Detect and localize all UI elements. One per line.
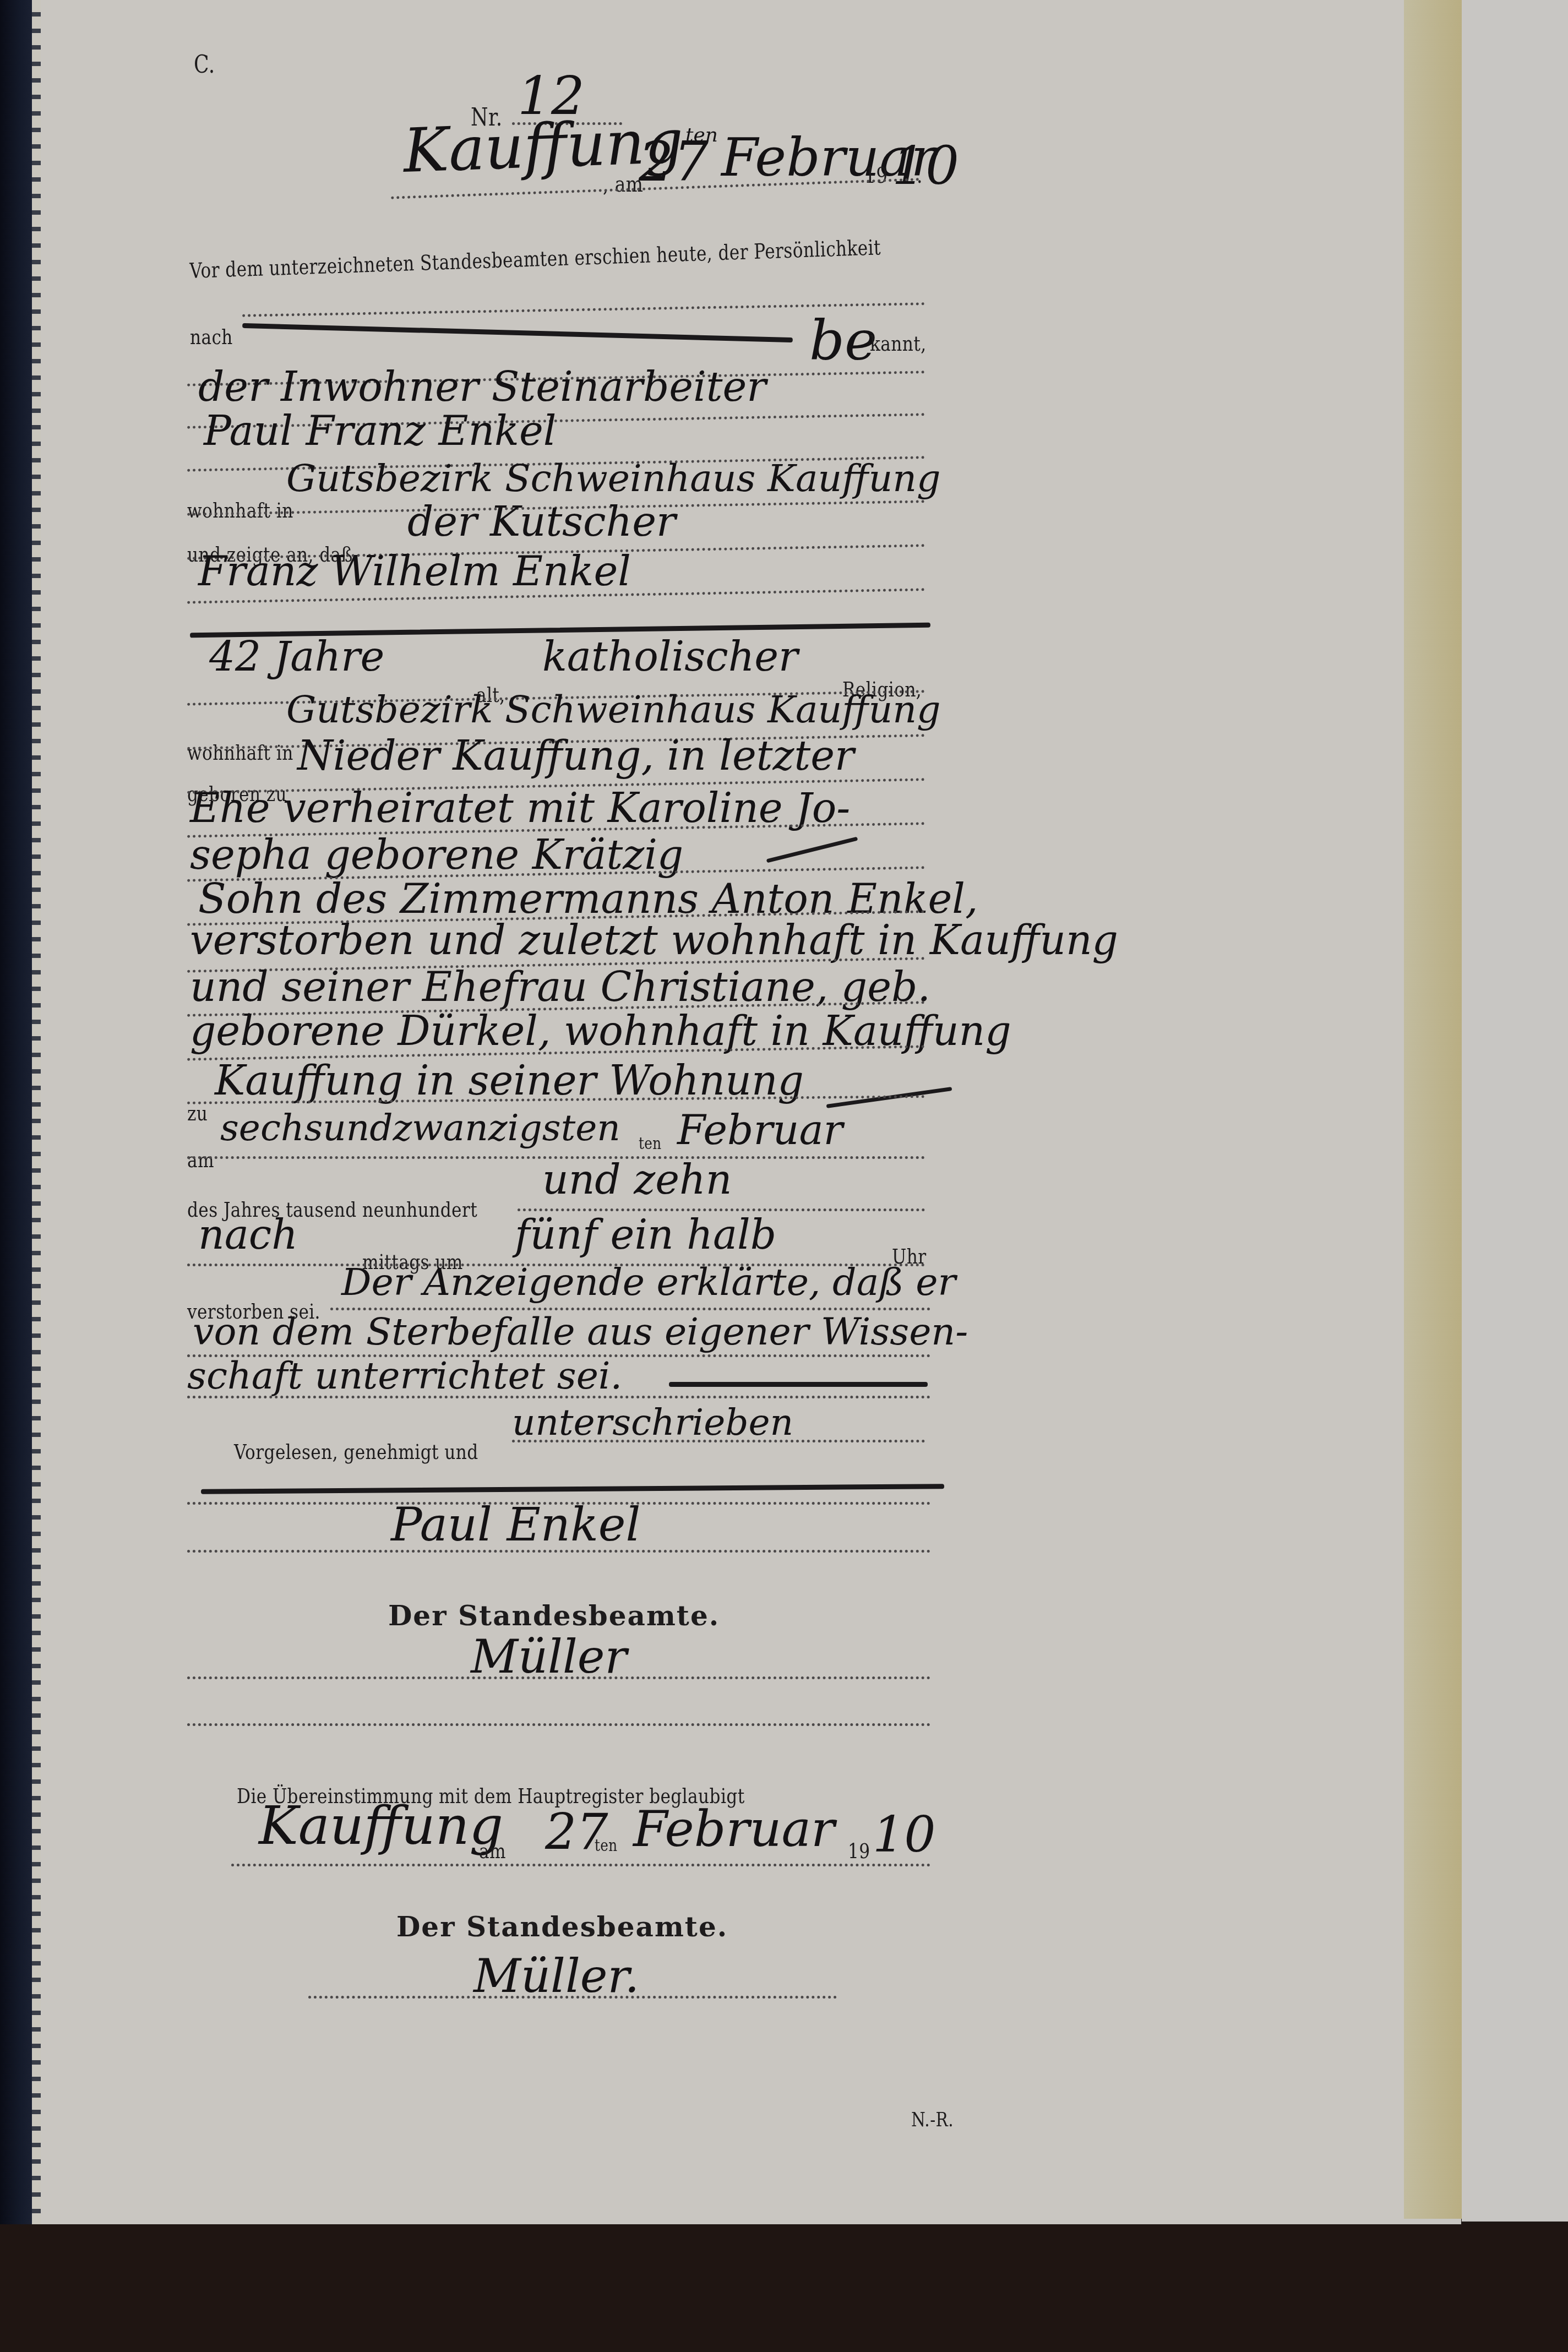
certification-month: Februar (633, 1800, 835, 1858)
year-prefix: 19 (864, 163, 888, 188)
footer-mark: N.-R. (911, 2109, 954, 2131)
line-vorgelesen (512, 1440, 925, 1442)
line-statement-3 (187, 1396, 930, 1398)
deceased-line-1: der Kutscher (407, 498, 676, 546)
bekannt-handwritten: be (809, 308, 877, 373)
am-death-label: am (187, 1148, 214, 1172)
strike-line-nach (242, 323, 793, 342)
ampm-handwritten: nach (198, 1211, 298, 1259)
certification-am-label: am (479, 1839, 506, 1863)
date-period: . (917, 163, 923, 188)
line-blank (187, 1723, 930, 1726)
year-suffix-handwritten: 10 (892, 135, 959, 197)
statement-line-2: von dem Sterbefalle aus eigener Wissen- (193, 1310, 968, 1354)
ten-label: ten (639, 1134, 662, 1153)
section-divider-2 (201, 1484, 944, 1494)
line-certification-signature (308, 1996, 837, 1999)
deceased-residence: Gutsbezirk Schweinhaus Kauffung (286, 688, 941, 732)
death-register-form: C. Nr. 12 Kauffung , am 27 ten Februar 1… (0, 0, 1568, 2352)
kannt-label: kannt, (870, 331, 926, 356)
registrar-signature: Müller (471, 1630, 627, 1684)
certification-year-prefix: 19 (848, 1839, 870, 1863)
vorgelesen-handwritten: unterschrieben (512, 1401, 793, 1444)
certification-registrar-title: Der Standesbeamte. (396, 1910, 728, 1943)
death-year-words: und zehn (542, 1156, 732, 1204)
death-time-words: fünf ein halb (515, 1211, 776, 1259)
am-label: , am (603, 172, 643, 197)
religion-handwritten: katholischer (542, 633, 798, 680)
intro-text: Vor dem unterzeichneten Standesbeamten e… (189, 235, 881, 283)
birthplace-line: Nieder Kauffung, in letzter (297, 732, 854, 780)
certification-ten-label: ten (595, 1836, 618, 1855)
wohnhaft-label-2: wohnhaft in (187, 741, 293, 765)
death-day-words: sechsundzwanzigsten (220, 1107, 620, 1149)
zu-label: zu (187, 1101, 208, 1125)
statement-line-3: schaft unterrichtet sei. (187, 1354, 622, 1398)
statement-line-1: Der Anzeigende erklärte, daß er (341, 1261, 956, 1304)
day-suffix: ten (685, 124, 718, 146)
flourish-line (766, 837, 858, 863)
line-registrar (187, 1676, 930, 1679)
wohnhaft-label: wohnhaft in (187, 498, 293, 522)
certification-registrar-signature: Müller. (473, 1949, 639, 2003)
certification-place: Kauffung (259, 1795, 503, 1856)
strike-line-statement (669, 1382, 928, 1387)
nach-label: nach (190, 325, 233, 349)
line-signature-bottom (187, 1550, 930, 1553)
corner-letter: C. (194, 51, 215, 79)
informant-residence: Gutsbezirk Schweinhaus Kauffung (286, 457, 941, 500)
death-month: Februar (677, 1107, 843, 1154)
vorgelesen-label: Vorgelesen, genehmigt und (234, 1440, 478, 1464)
informant-signature: Paul Enkel (391, 1498, 640, 1551)
registrar-title: Der Standesbeamte. (388, 1599, 720, 1632)
age-handwritten: 42 Jahre (209, 633, 384, 680)
line-certification (231, 1864, 930, 1866)
certification-year-suffix: 10 (873, 1806, 936, 1864)
deceased-line-2: Franz Wilhelm Enkel (198, 548, 631, 595)
informant-line-1: der Inwohner Steinarbeiter (198, 363, 766, 411)
detail-line-4: verstorben und zuletzt wohnhaft in Kauff… (190, 917, 1118, 964)
informant-line-2: Paul Franz Enkel (204, 407, 556, 455)
